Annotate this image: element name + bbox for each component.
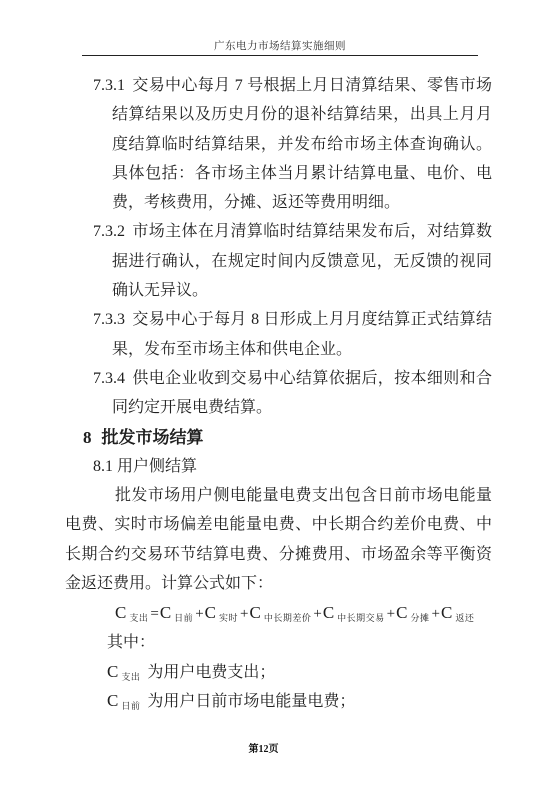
definition-symbol: C xyxy=(107,691,118,710)
formula-term: C实时+ xyxy=(205,605,250,622)
paragraph-line: 长期合约交易环节结算电费、分摊费用、市场盈余等平衡资 xyxy=(65,540,492,569)
formula-term: C中长期交易+ xyxy=(323,605,396,622)
section-title: 批发市场结算 xyxy=(102,428,204,447)
clause-text: 交易中心每月 7 号根据上月日清算结果、零售市场 xyxy=(132,77,492,94)
clause-number: 7.3.1 xyxy=(93,77,125,94)
subsection-heading: 8.1 用户侧结算 xyxy=(65,452,492,481)
document-page: 广东电力市场结算实施细则 7.3.1交易中心每月 7 号根据上月日清算结果、零售… xyxy=(0,0,560,791)
header-divider xyxy=(82,55,478,56)
body-paragraph: 批发市场用户侧电能量电费支出包含日前市场电能量 电费、实时市场偏差电能量电费、中… xyxy=(65,481,492,598)
formula-term: C日前+ xyxy=(160,605,205,622)
clause-line: 7.3.3交易中心于每月 8 日形成上月月度结算正式结算结 xyxy=(112,305,492,334)
where-label: 其中： xyxy=(65,628,492,657)
clause-line: 结算结果以及历史月份的退补结算结果，出具上月月 xyxy=(112,100,492,129)
formula-term: C中长期差价+ xyxy=(249,605,322,622)
clause-number: 7.3.3 xyxy=(93,311,125,328)
clause-line: 果，发布至市场主体和供电企业。 xyxy=(112,335,492,364)
page-footer: 第12页 xyxy=(0,740,527,755)
paragraph-line: 批发市场用户侧电能量电费支出包含日前市场电能量 xyxy=(65,481,492,510)
clause-7-3-3: 7.3.3交易中心于每月 8 日形成上月月度结算正式结算结 果，发布至市场主体和… xyxy=(65,305,492,364)
clause-7-3-2: 7.3.2市场主体在月清算临时结算结果发布后，对结算数 据进行确认，在规定时间内… xyxy=(65,217,492,305)
clause-text: 市场主体在月清算临时结算结果发布后，对结算数 xyxy=(132,223,492,240)
formula-term: C支出= xyxy=(115,605,160,622)
clause-7-3-4: 7.3.4供电企业收到交易中心结算依据后，按本细则和合 同约定开展电费结算。 xyxy=(65,364,492,423)
section-number: 8 xyxy=(83,428,92,447)
formula-term: C返还 xyxy=(441,605,475,622)
formula: C支出=C日前+C实时+C中长期差价+C中长期交易+C分摊+C返还 xyxy=(65,598,492,627)
clause-line: 7.3.1交易中心每月 7 号根据上月日清算结果、零售市场 xyxy=(112,71,492,100)
clause-7-3-1: 7.3.1交易中心每月 7 号根据上月日清算结果、零售市场 结算结果以及历史月份… xyxy=(65,71,492,217)
running-header: 广东电力市场结算实施细则 xyxy=(82,38,478,53)
document-content: 7.3.1交易中心每月 7 号根据上月日清算结果、零售市场 结算结果以及历史月份… xyxy=(65,71,492,716)
clause-line: 具体包括：各市场主体当月累计结算电量、电价、电 xyxy=(112,159,492,188)
clause-text: 交易中心于每月 8 日形成上月月度结算正式结算结 xyxy=(132,311,492,328)
clause-line: 7.3.2市场主体在月清算临时结算结果发布后，对结算数 xyxy=(112,217,492,246)
clause-line: 同约定开展电费结算。 xyxy=(112,393,492,422)
page-number: 第12页 xyxy=(249,744,279,755)
clause-number: 7.3.4 xyxy=(93,370,125,387)
clause-text: 供电企业收到交易中心结算依据后，按本细则和合 xyxy=(132,370,492,387)
paragraph-line: 金返还费用。计算公式如下： xyxy=(65,569,492,598)
clause-line: 7.3.4供电企业收到交易中心结算依据后，按本细则和合 xyxy=(112,364,492,393)
paragraph-line: 电费、实时市场偏差电能量电费、中长期合约差价电费、中 xyxy=(65,510,492,539)
header-title: 广东电力市场结算实施细则 xyxy=(214,41,346,52)
clause-number: 7.3.2 xyxy=(93,223,125,240)
clause-line: 确认无异议。 xyxy=(112,276,492,305)
clause-line: 度结算临时结算结果，并发布给市场主体查询确认。 xyxy=(112,130,492,159)
definition-line: C日前为用户日前市场电能量电费； xyxy=(65,686,492,715)
definition-line: C支出为用户电费支出； xyxy=(65,657,492,686)
formula-term: C分摊+ xyxy=(396,605,441,622)
definition-symbol: C xyxy=(107,662,118,681)
definition-text: 为用户电费支出； xyxy=(147,664,275,681)
clause-line: 据进行确认，在规定时间内反馈意见，无反馈的视同 xyxy=(112,247,492,276)
section-heading: 8批发市场结算 xyxy=(65,423,492,452)
clause-line: 费，考核费用，分摊、返还等费用明细。 xyxy=(112,188,492,217)
definition-text: 为用户日前市场电能量电费； xyxy=(147,693,355,710)
